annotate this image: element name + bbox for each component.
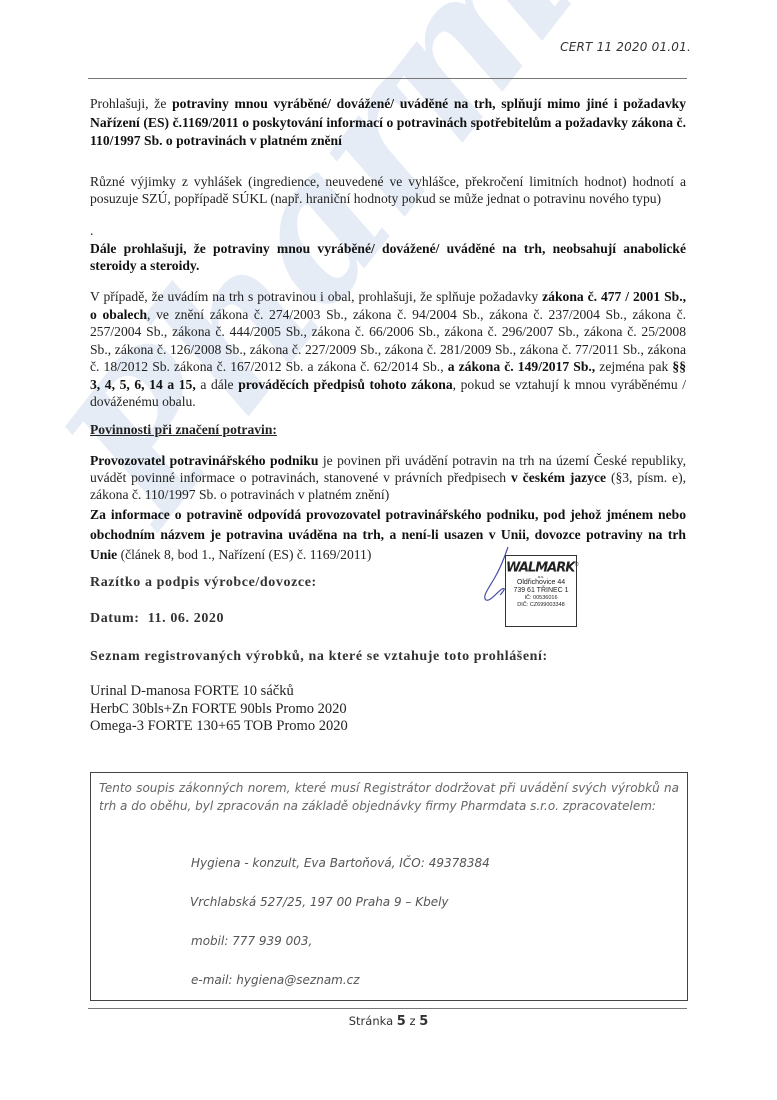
text-run: Různé výjimky z vyhlášek (ingredience, n… <box>90 173 686 207</box>
text-run: V případě, že uvádím na trh s potravinou… <box>90 289 542 304</box>
text-run: (článek 8, bod 1., Nařízení (ES) č. 1169… <box>117 547 371 562</box>
bold-run: potraviny mnou vyráběné/ dovážené/ uvádě… <box>90 96 686 148</box>
text-run: Prohlašuji, že <box>90 96 172 111</box>
bold-run: a zákona č. 149/2017 Sb., <box>448 359 595 374</box>
document-reference: CERT 11 2020 01.01. <box>560 40 691 54</box>
page-number: Stránka 5 z 5 <box>0 1014 777 1029</box>
packaging-paragraph: V případě, že uvádím na trh s potravinou… <box>90 288 686 411</box>
processor-email: e-mail: hygiena@seznam.cz <box>191 973 360 987</box>
stamp-dic: DIČ: CZ699003348 <box>506 602 576 609</box>
section-heading: Povinnosti při značení potravin: <box>90 422 277 437</box>
date-row: Datum: 11. 06. 2020 <box>90 611 224 627</box>
date-value: 11. 06. 2020 <box>148 611 224 626</box>
list-item: HerbC 30bls+Zn FORTE 90bls Promo 2020 <box>90 701 348 719</box>
bold-run: v českém jazyce <box>511 470 606 485</box>
stray-dot: . <box>90 222 686 239</box>
bold-run: Dále prohlašuji, že potraviny mnou vyráb… <box>90 241 686 273</box>
product-list: Urinal D-manosa FORTE 10 sáčků HerbC 30b… <box>90 683 348 736</box>
operator-paragraph: Provozovatel potravinářského podniku je … <box>90 452 686 503</box>
stamp-logo-text: WALMARK <box>506 560 574 575</box>
box-intro-text: Tento soupis zákonných norem, které musí… <box>99 780 679 815</box>
processor-info-box: Tento soupis zákonných norem, které musí… <box>90 772 688 1001</box>
bold-run: Provozovatel potravinářského podniku <box>90 453 318 468</box>
exceptions-paragraph: Různé výjimky z vyhlášek (ingredience, n… <box>90 173 686 207</box>
processor-company: Hygiena - konzult, Eva Bartoňová, IČO: 4… <box>191 856 490 870</box>
list-item: Omega-3 FORTE 130+65 TOB Promo 2020 <box>90 718 348 736</box>
date-label: Datum: <box>90 611 139 626</box>
labeling-obligations-heading: Povinnosti při značení potravin: <box>90 421 686 438</box>
current-page: 5 <box>397 1014 406 1029</box>
page-label: Stránka <box>349 1014 393 1028</box>
text-run: zejména pak <box>595 359 672 374</box>
footer-divider <box>88 1008 687 1009</box>
declaration-paragraph-1: Prohlašuji, že potraviny mnou vyráběné/ … <box>90 95 686 151</box>
page-separator: z <box>410 1014 416 1028</box>
header-divider <box>88 78 687 79</box>
processor-address: Vrchlabská 527/25, 197 00 Praha 9 – Kbel… <box>190 895 449 909</box>
stamp-logo: WALMARK© <box>506 559 576 574</box>
company-stamp: WALMARK© a.s. Oldřichovice 44 739 61 TŘI… <box>505 555 577 627</box>
product-list-heading: Seznam registrovaných výrobků, na které … <box>90 649 548 665</box>
stamp-signature-label: Razítko a podpis výrobce/dovozce: <box>90 575 317 591</box>
list-item: Urinal D-manosa FORTE 10 sáčků <box>90 683 348 701</box>
document-page: Pharm Data s.r.o. CERT 11 2020 01.01. Pr… <box>0 0 777 1100</box>
text-run: . <box>90 222 686 239</box>
total-pages: 5 <box>419 1014 428 1029</box>
responsibility-paragraph: Za informace o potravině odpovídá provoz… <box>90 505 686 565</box>
bold-run: prováděcích předpisů tohoto zákona <box>238 377 452 392</box>
steroids-declaration: Dále prohlašuji, že potraviny mnou vyráb… <box>90 240 686 274</box>
text-run: a dále <box>196 377 238 392</box>
registered-mark-icon: © <box>574 562 578 568</box>
processor-mobile: mobil: 777 939 003, <box>191 934 312 948</box>
